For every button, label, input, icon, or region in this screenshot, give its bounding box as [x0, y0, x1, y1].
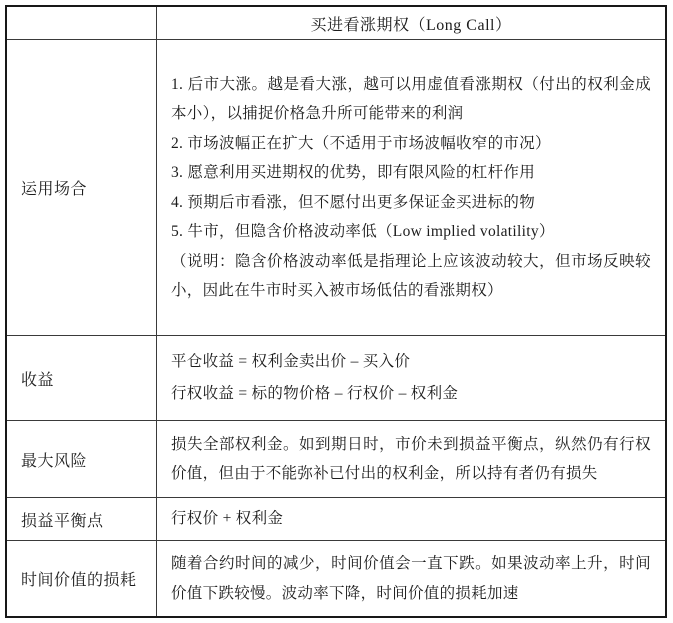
application-item-3: 3. 愿意利用买进期权的优势，即有限风险的杠杆作用: [171, 158, 651, 188]
application-content-cell: 1. 后市大涨。越是看大涨，越可以用虚值看涨期权（付出的权利金成本小），以捕捉价…: [157, 40, 665, 336]
row-label-text: 收益: [21, 367, 156, 390]
row-label-text: 运用场合: [21, 176, 156, 199]
row-label-text: 最大风险: [21, 448, 156, 471]
return-formula-close: 平仓收益 = 权利金卖出价 – 买入价: [171, 346, 651, 378]
row-label-breakeven: 损益平衡点: [7, 498, 157, 541]
row-label-return: 收益: [7, 336, 157, 421]
return-content-cell: 平仓收益 = 权利金卖出价 – 买入价 行权收益 = 标的物价格 – 行权价 –…: [157, 336, 665, 421]
max-risk-content-cell: 损失全部权利金。如到期日时，市价未到损益平衡点，纵然仍有行权价值，但由于不能弥补…: [157, 421, 665, 498]
breakeven-formula: 行权价 + 权利金: [171, 504, 651, 534]
application-item-4: 4. 预期后市看涨，但不愿付出更多保证金买进标的物: [171, 188, 651, 218]
application-item-2: 2. 市场波幅正在扩大（不适用于市场波幅收窄的市况）: [171, 129, 651, 159]
long-call-option-table: 买进看涨期权（Long Call） 运用场合 1. 后市大涨。越是看大涨，越可以…: [5, 5, 667, 618]
row-label-time-decay: 时间价值的损耗: [7, 541, 157, 616]
time-decay-text: 随着合约时间的减少，时间价值会一直下跌。如果波动率上升，时间价值下跌较慢。波动率…: [171, 549, 651, 608]
row-label-application: 运用场合: [7, 40, 157, 336]
row-label-max-risk: 最大风险: [7, 421, 157, 498]
header-title-text: 买进看涨期权（Long Call）: [311, 12, 512, 35]
application-note: （说明：隐含价格波动率低是指理论上应该波动较大，但市场反映较小，因此在牛市时买入…: [171, 247, 651, 306]
breakeven-content-cell: 行权价 + 权利金: [157, 498, 665, 541]
table-header-title: 买进看涨期权（Long Call）: [157, 7, 665, 40]
application-item-5: 5. 牛市，但隐含价格波动率低（Low implied volatility）: [171, 217, 651, 247]
application-item-1: 1. 后市大涨。越是看大涨，越可以用虚值看涨期权（付出的权利金成本小），以捕捉价…: [171, 70, 651, 129]
row-label-text: 时间价值的损耗: [21, 567, 156, 590]
row-label-text: 损益平衡点: [21, 508, 156, 531]
table-corner-cell: [7, 7, 157, 40]
return-formula-exercise: 行权收益 = 标的物价格 – 行权价 – 权利金: [171, 378, 651, 410]
max-risk-text: 损失全部权利金。如到期日时，市价未到损益平衡点，纵然仍有行权价值，但由于不能弥补…: [171, 430, 651, 489]
time-decay-content-cell: 随着合约时间的减少，时间价值会一直下跌。如果波动率上升，时间价值下跌较慢。波动率…: [157, 541, 665, 616]
